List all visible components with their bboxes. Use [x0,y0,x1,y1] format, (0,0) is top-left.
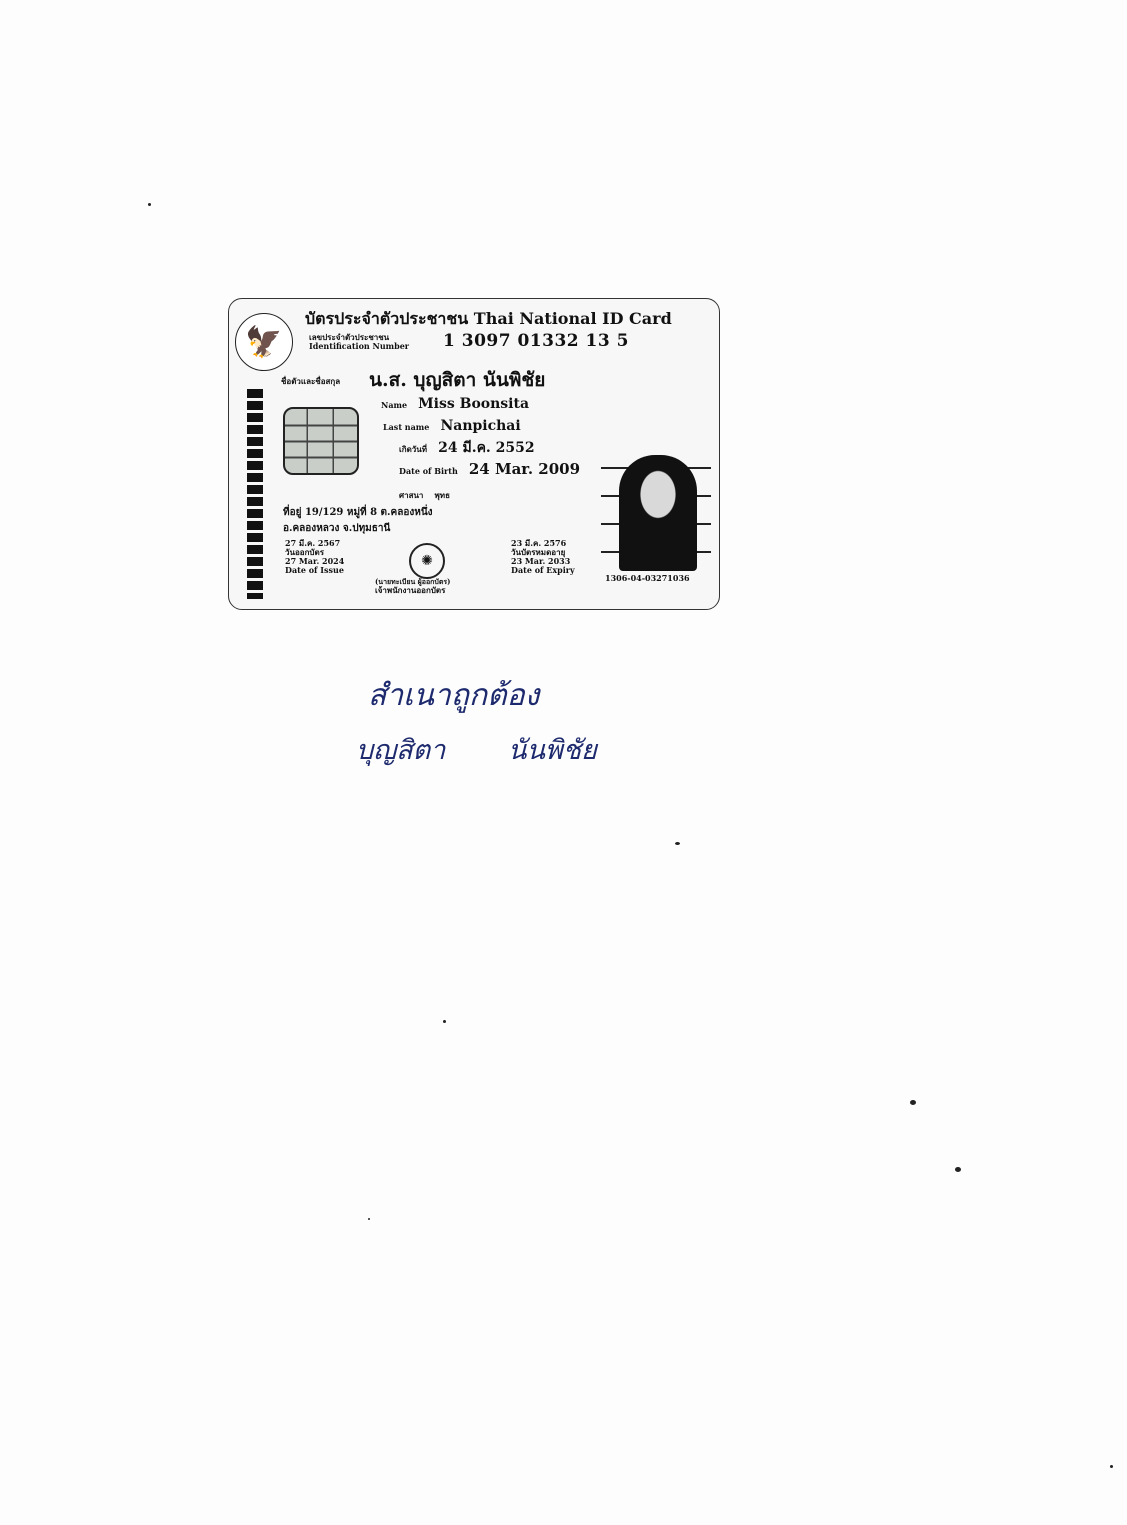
id-number: 1 3097 01332 13 5 [443,331,629,351]
name-english-row: Name Miss Boonsita [381,393,529,412]
scan-speck [368,1218,370,1220]
dob-english-row: Date of Birth 24 Mar. 2009 [399,459,580,478]
card-title: บัตรประจำตัวประชาชน Thai National ID Car… [305,307,672,332]
name-english: Miss Boonsita [418,396,529,412]
scan-speck [910,1100,916,1105]
certified-copy-note: สำเนาถูกต้อง [368,672,539,719]
id-number-labels: เลขประจำตัวประชาชน Identification Number [309,333,409,351]
dob-english: 24 Mar. 2009 [469,460,580,478]
barcode-strip [247,389,263,599]
religion-row: ศาสนา พุทธ [399,483,456,502]
smart-chip-icon [283,407,359,475]
officer-label: เจ้าพนักงานออกบัตร [375,586,450,595]
holder-photo [601,441,711,571]
id-label-english: Identification Number [309,342,409,351]
thai-id-card: 🦅 บัตรประจำตัวประชาชน Thai National ID C… [228,298,720,610]
religion-label: ศาสนา [399,490,423,500]
expiry-label-english: Date of Expiry [511,566,575,575]
issue-block: 27 มี.ค. 2567 วันออกบัตร 27 Mar. 2024 Da… [285,539,344,575]
dob-thai: 24 มี.ค. 2552 [438,440,535,456]
name-thai: น.ส. บุญสิตา นันพิชัย [369,365,545,395]
expiry-block: 23 มี.ค. 2576 วันบัตรหมดอายุ 23 Mar. 203… [511,539,575,575]
religion-value: พุทธ [435,490,450,500]
scan-speck [443,1020,446,1023]
official-seal-icon: ✺ [409,543,445,579]
portrait-icon [619,455,697,571]
lastname-english: Nanpichai [440,418,520,434]
name-label-english: Name [381,400,407,410]
dob-thai-row: เกิดวันที่ 24 มี.ค. 2552 [399,437,535,459]
dob-label-thai: เกิดวันที่ [399,444,427,454]
garuda-emblem-icon: 🦅 [235,313,293,371]
card-title-thai: บัตรประจำตัวประชาชน [305,309,468,328]
card-title-english: Thai National ID Card [474,309,672,328]
lastname-row: Last name Nanpichai [383,415,521,434]
name-label-thai: ชื่อตัวและชื่อสกุล [281,375,340,388]
officer-block: (นายทะเบียน ผู้ออกบัตร) เจ้าพนักงานออกบั… [375,577,450,595]
lastname-label: Last name [383,422,429,432]
scan-speck [675,842,680,845]
issue-label-english: Date of Issue [285,566,344,575]
dob-label-english: Date of Birth [399,466,458,476]
address-line-2: อ.คลองหลวง จ.ปทุมธานี [283,521,390,536]
scan-speck [955,1167,961,1172]
photo-serial: 1306-04-03271036 [605,573,690,583]
signature-first-name: บุญสิตา [356,728,445,771]
signature-last-name: นันพิชัย [508,728,597,771]
scan-speck [1110,1465,1113,1468]
address-line-1: ที่อยู่ 19/129 หมู่ที่ 8 ต.คลองหนึ่ง [283,505,433,520]
scan-speck [148,203,151,206]
